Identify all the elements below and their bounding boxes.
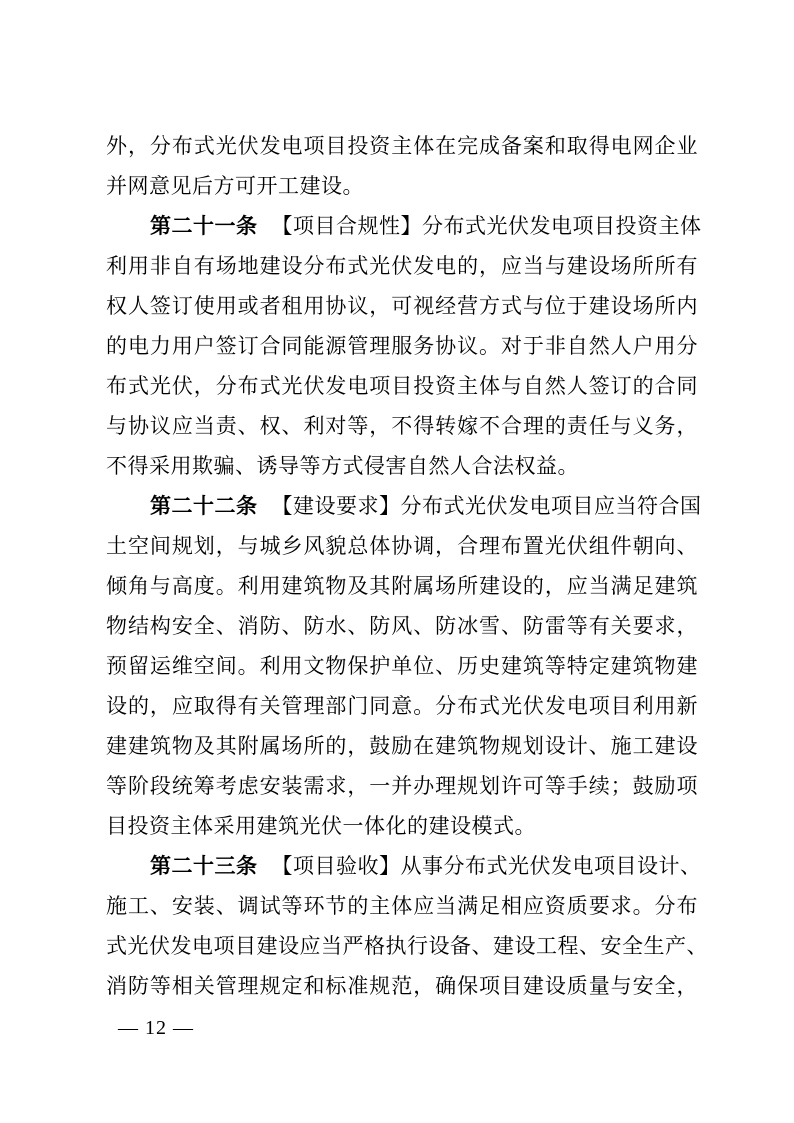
body-line: 设的，应取得有关管理部门同意。分布式光伏发电项目利用新	[106, 686, 698, 726]
body-line: 建建筑物及其附属场所的，鼓励在建筑物规划设计、施工建设	[106, 726, 698, 766]
body-line: 的电力用户签订合同能源管理服务协议。对于非自然人户用分	[106, 326, 698, 366]
article-number: 第二十一条	[150, 214, 258, 238]
article-number: 第二十三条	[150, 854, 258, 878]
body-line: 目投资主体采用建筑光伏一体化的建设模式。	[106, 806, 698, 846]
body-line: 土空间规划，与城乡风貌总体协调，合理布置光伏组件朝向、	[106, 526, 698, 566]
body-line: 倾角与高度。利用建筑物及其附属场所建设的，应当满足建筑	[106, 566, 698, 606]
page-number: — 12 —	[118, 1008, 194, 1048]
article-heading-line: 第二十二条【建设要求】分布式光伏发电项目应当符合国	[106, 486, 698, 526]
body-line: 不得采用欺骗、诱导等方式侵害自然人合法权益。	[106, 446, 698, 486]
body-line: 利用非自有场地建设分布式光伏发电的，应当与建设场所所有	[106, 246, 698, 286]
body-line: 外，分布式光伏发电项目投资主体在完成备案和取得电网企业	[106, 126, 698, 166]
article-number: 第二十二条	[150, 494, 258, 518]
body-line: 消防等相关管理规定和标准规范，确保项目建设质量与安全，	[106, 966, 698, 1006]
body-line: 施工、安装、调试等环节的主体应当满足相应资质要求。分布	[106, 886, 698, 926]
article-text: 【项目验收】从事分布式光伏发电项目设计、	[272, 854, 702, 878]
body-line: 并网意见后方可开工建设。	[106, 166, 698, 206]
article-heading-line: 第二十三条【项目验收】从事分布式光伏发电项目设计、	[106, 846, 698, 886]
body-line: 与协议应当责、权、利对等，不得转嫁不合理的责任与义务，	[106, 406, 698, 446]
document-page: 外，分布式光伏发电项目投资主体在完成备案和取得电网企业 并网意见后方可开工建设。…	[0, 0, 794, 1123]
document-body: 外，分布式光伏发电项目投资主体在完成备案和取得电网企业 并网意见后方可开工建设。…	[106, 126, 698, 1006]
body-line: 预留运维空间。利用文物保护单位、历史建筑等特定建筑物建	[106, 646, 698, 686]
article-text: 【项目合规性】分布式光伏发电项目投资主体	[272, 214, 702, 238]
body-line: 物结构安全、消防、防水、防风、防冰雪、防雷等有关要求，	[106, 606, 698, 646]
body-line: 式光伏发电项目建设应当严格执行设备、建设工程、安全生产、	[106, 926, 698, 966]
article-text: 【建设要求】分布式光伏发电项目应当符合国	[272, 494, 702, 518]
body-line: 权人签订使用或者租用协议，可视经营方式与位于建设场所内	[106, 286, 698, 326]
body-line: 布式光伏，分布式光伏发电项目投资主体与自然人签订的合同	[106, 366, 698, 406]
body-line: 等阶段统筹考虑安装需求，一并办理规划许可等手续；鼓励项	[106, 766, 698, 806]
article-heading-line: 第二十一条【项目合规性】分布式光伏发电项目投资主体	[106, 206, 698, 246]
